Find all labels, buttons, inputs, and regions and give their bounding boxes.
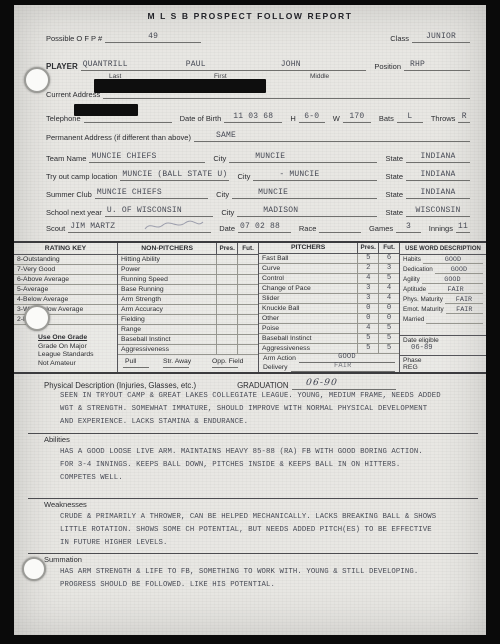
- state-value: WISCONSIN: [415, 206, 460, 215]
- city-value: MUNCIE: [258, 188, 288, 197]
- permanent-address-row: Permanent Address (if different than abo…: [46, 129, 470, 142]
- page-title: M L S B PROSPECT FOLLOW REPORT: [14, 11, 486, 21]
- trait-label: Married: [403, 316, 424, 324]
- ofp-field: 49: [105, 31, 201, 43]
- trait-label: Emot. Maturity: [403, 306, 444, 314]
- physical-description-label: Physical Description (Injuries, Glasses,…: [44, 381, 196, 390]
- fut-header: Fut.: [237, 243, 258, 254]
- fut-cell: 3: [378, 264, 399, 273]
- phase-label: Phase: [403, 357, 483, 364]
- text-line: FOR 3-4 INNINGS. KEEPS BALL DOWN, PITCHE…: [60, 459, 423, 472]
- pitch-label: Poise: [259, 324, 357, 333]
- state-label: State: [385, 190, 403, 199]
- summation-section: Summation: [28, 553, 478, 564]
- weight-field: 170: [343, 111, 371, 123]
- delivery-row: Delivery FAIR: [259, 363, 399, 372]
- affiliation-label: Team Name: [46, 154, 86, 163]
- height-field: 6-0: [299, 111, 325, 123]
- trait-label: Agility: [403, 276, 420, 284]
- class-value: JUNIOR: [426, 32, 456, 41]
- date-field: 07 02 88: [238, 221, 291, 233]
- text-line: CRUDE & PRIMARILY A THROWER, CAN BE HELP…: [60, 511, 436, 524]
- non-pitcher-row: Range: [118, 325, 258, 335]
- pitcher-row: Aggressiveness 5 5: [259, 344, 399, 354]
- pres-header: Pres.: [216, 243, 237, 254]
- pitch-label: Aggressiveness: [259, 344, 357, 353]
- rating-key-header: RATING KEY: [14, 243, 117, 255]
- city-value: - MUNCIE: [279, 170, 319, 179]
- arm-action-value: GOOD: [338, 353, 356, 361]
- summation-text: HAS ARM STRENGTH & LIFE TO FB, SOMETHING…: [60, 566, 418, 592]
- hole-punch-icon: [24, 67, 50, 93]
- note-line: Use One Grade: [38, 334, 117, 343]
- trait-value: GOOD: [423, 256, 483, 264]
- use-word-rows: Habits GOOD Dedication GOOD Agility GOOD: [400, 255, 486, 325]
- delivery-field: FAIR: [291, 363, 395, 372]
- permanent-address-label: Permanent Address (if different than abo…: [46, 133, 191, 142]
- skill-label: Base Running: [118, 285, 216, 294]
- fut-cell: 5: [378, 274, 399, 283]
- summation-label: Summation: [28, 554, 478, 564]
- pres-cell: [216, 315, 237, 324]
- weight-value: 170: [349, 112, 364, 121]
- pres-cell: 4: [357, 324, 378, 333]
- class-field: JUNIOR: [412, 31, 470, 43]
- date-label: Date: [219, 224, 235, 233]
- pres-cell: 5: [357, 254, 378, 263]
- rating-key-row: 8-Outstanding: [14, 255, 117, 265]
- permanent-address-value: SAME: [216, 131, 236, 140]
- pres-cell: 0: [357, 314, 378, 323]
- pitchers-header-row: PITCHERS Pres. Fut.: [259, 243, 399, 254]
- non-pitcher-row: Power: [118, 265, 258, 275]
- position-field: RHP: [404, 59, 470, 71]
- text-line: HAS ARM STRENGTH & LIFE TO FB, SOMETHING…: [60, 566, 418, 579]
- pres-cell: 3: [357, 284, 378, 293]
- trait-label: Dedication: [403, 266, 433, 274]
- fut-cell: [237, 275, 258, 284]
- innings-label: Innings: [429, 224, 453, 233]
- pitchers-column: PITCHERS Pres. Fut. Fast Ball 5 6 Curve …: [258, 243, 399, 372]
- pitcher-row: Change of Pace 3 4: [259, 284, 399, 294]
- use-word-gap: [400, 325, 486, 335]
- date-value: 07 02 88: [240, 222, 280, 231]
- pitch-label: Change of Pace: [259, 284, 357, 293]
- state-label: State: [385, 172, 403, 181]
- pitcher-row: Baseball Instinct 5 5: [259, 334, 399, 344]
- state-field: INDIANA: [406, 169, 470, 181]
- pitcher-row: Fast Ball 5 6: [259, 254, 399, 264]
- pres-cell: [216, 265, 237, 274]
- fut-cell: [237, 305, 258, 314]
- dob-label: Date of Birth: [180, 114, 222, 123]
- non-pitcher-rows: Hitting Ability Power Running Speed: [118, 255, 258, 355]
- player-first: PAUL: [186, 60, 281, 69]
- state-value: INDIANA: [420, 188, 455, 197]
- city-field: MUNCIE: [232, 187, 377, 199]
- fut-cell: [237, 285, 258, 294]
- weaknesses-section: Weaknesses: [28, 498, 478, 509]
- use-word-row: Aptitude FAIR: [400, 285, 486, 295]
- scout-field: JIM MARTZ: [68, 221, 211, 233]
- player-label: PLAYER: [46, 62, 78, 71]
- ofp-value: 49: [148, 32, 158, 41]
- city-label: City: [216, 190, 229, 199]
- fut-cell: 0: [378, 314, 399, 323]
- text-line: AND EXPERIENCE. LACKS STAMINA & ENDURANC…: [60, 416, 441, 429]
- skill-label: Aggressiveness: [118, 345, 216, 354]
- physical-description-row: Physical Description (Injuries, Glasses,…: [44, 377, 470, 390]
- pres-cell: 0: [357, 304, 378, 313]
- fut-cell: [237, 295, 258, 304]
- skill-label: Power: [118, 265, 216, 274]
- innings-value: 11: [458, 222, 468, 231]
- affiliation-value: U. OF WISCONSIN: [107, 206, 182, 215]
- state-field: WISCONSIN: [406, 205, 470, 217]
- pitch-label: Fast Ball: [259, 254, 357, 263]
- city-value: MADISON: [263, 206, 298, 215]
- state-value: INDIANA: [420, 152, 455, 161]
- use-word-column: USE WORD DESCRIPTION Habits GOOD Dedicat…: [399, 243, 486, 372]
- hole-punch-icon: [22, 557, 46, 581]
- affiliation-value-field: U. OF WISCONSIN: [105, 205, 213, 217]
- trait-value: FAIR: [445, 296, 483, 304]
- use-word-row: Habits GOOD: [400, 255, 486, 265]
- straight-away-label: Str. Away: [163, 358, 191, 365]
- city-label: City: [237, 172, 250, 181]
- race-field: [319, 221, 361, 233]
- redaction-bar-address: [94, 79, 266, 93]
- state-field: INDIANA: [406, 151, 470, 163]
- affiliation-value: MUNCIE CHIEFS: [97, 188, 162, 197]
- caption-middle: Middle: [310, 73, 329, 80]
- rating-key-row: 4-Below Average: [14, 295, 117, 305]
- throws-value: R: [462, 112, 467, 121]
- skill-label: Running Speed: [118, 275, 216, 284]
- ofp-class-row: Possible O F P # 49 Class JUNIOR: [46, 30, 470, 43]
- spray-block: Pull Str. Away Opp. Field: [118, 355, 258, 372]
- pres-cell: 2: [357, 264, 378, 273]
- pres-cell: 3: [357, 294, 378, 303]
- pull-label: Pull: [125, 358, 136, 365]
- delivery-label: Delivery: [263, 363, 288, 372]
- affiliation-value-field: MUNCIE CHIEFS: [95, 187, 208, 199]
- city-label: City: [213, 154, 226, 163]
- non-pitcher-row: Fielding: [118, 315, 258, 325]
- fut-cell: 0: [378, 304, 399, 313]
- dob-field: 11 03 68: [224, 111, 282, 123]
- games-field: 3: [396, 221, 421, 233]
- class-label: Class: [390, 34, 409, 43]
- trait-value: FAIR: [428, 286, 483, 294]
- non-pitcher-row: Base Running: [118, 285, 258, 295]
- pres-cell: [216, 295, 237, 304]
- trait-label: Aptitude: [403, 286, 426, 294]
- scout-label: Scout: [46, 224, 65, 233]
- use-word-header: USE WORD DESCRIPTION: [400, 243, 486, 255]
- fut-cell: [237, 325, 258, 334]
- use-word-row: Dedication GOOD: [400, 265, 486, 275]
- scout-row: Scout JIM MARTZ Date 07 02 88 Race Games…: [46, 220, 470, 233]
- fut-cell: 5: [378, 324, 399, 333]
- graduation-field: 06-90: [292, 378, 396, 390]
- abilities-label: Abilities: [28, 434, 478, 444]
- rating-key-row: 6-Above Average: [14, 275, 117, 285]
- pres-cell: [216, 345, 237, 354]
- non-pitchers-column: NON-PITCHERS Pres. Fut. Hitting Ability …: [117, 243, 258, 372]
- use-word-row: Agility GOOD: [400, 275, 486, 285]
- pitcher-row: Curve 2 3: [259, 264, 399, 274]
- scout-value: JIM MARTZ: [70, 222, 115, 231]
- non-pitchers-header-row: NON-PITCHERS Pres. Fut.: [118, 243, 258, 255]
- fut-cell: [237, 345, 258, 354]
- rating-table: RATING KEY 8-Outstanding 7-Very Good 6-A…: [14, 241, 486, 374]
- skill-label: Arm Strength: [118, 295, 216, 304]
- pres-cell: [216, 255, 237, 264]
- skill-label: Fielding: [118, 315, 216, 324]
- affiliation-value-field: MUNCIE CHIEFS: [89, 151, 205, 163]
- non-pitcher-row: Baseball Instinct: [118, 335, 258, 345]
- pitcher-row: Other 0 0: [259, 314, 399, 324]
- fut-cell: 4: [378, 284, 399, 293]
- affiliation-row: Try out camp location MUNCIE (BALL STATE…: [46, 163, 470, 181]
- affiliation-value-field: MUNCIE (BALL STATE U): [120, 169, 229, 181]
- affiliation-label: School next year: [46, 208, 102, 217]
- pitch-label: Curve: [259, 264, 357, 273]
- date-eligible-block: Date eligible 06-89: [400, 335, 486, 355]
- player-name-field: QUANTRILL PAUL JOHN: [81, 59, 367, 71]
- text-line: IN FUTURE HIGHER LEVELS.: [60, 537, 436, 550]
- race-label: Race: [299, 224, 317, 233]
- pitcher-row: Poise 4 5: [259, 324, 399, 334]
- pitcher-rows: Fast Ball 5 6 Curve 2 3 Control 4 5: [259, 254, 399, 354]
- use-word-row: Married: [400, 315, 486, 325]
- text-line: PROGRESS SHOULD BE FOLLOWED. LIKE HIS PO…: [60, 579, 418, 592]
- fut-cell: 4: [378, 294, 399, 303]
- skill-label: Range: [118, 325, 216, 334]
- pitch-label: Slider: [259, 294, 357, 303]
- fut-header: Fut.: [378, 243, 399, 253]
- state-label: State: [385, 208, 403, 217]
- date-eligible-label: Date eligible: [403, 337, 483, 344]
- throws-label: Throws: [431, 114, 456, 123]
- fut-cell: 5: [378, 344, 399, 353]
- player-last: QUANTRILL: [83, 60, 186, 69]
- fut-cell: [237, 265, 258, 274]
- bats-field: L: [397, 111, 423, 123]
- redaction-bar-telephone: [74, 104, 138, 116]
- city-field: MADISON: [237, 205, 377, 217]
- pres-cell: 5: [357, 344, 378, 353]
- pitchers-header: PITCHERS: [259, 243, 357, 253]
- city-field: - MUNCIE: [253, 169, 377, 181]
- city-label: City: [221, 208, 234, 217]
- affiliation-rows: Team Name MUNCIE CHIEFS City MUNCIE Stat…: [46, 145, 470, 217]
- non-pitcher-row: Running Speed: [118, 275, 258, 285]
- text-line: LITTLE ROTATION. SHOWS SOME CH POTENTIAL…: [60, 524, 436, 537]
- position-label: Position: [374, 62, 401, 71]
- player-middle: JOHN: [281, 60, 301, 69]
- note-line: Grade On Major: [38, 343, 117, 352]
- note-line: League Standards: [38, 351, 117, 360]
- weaknesses-text: CRUDE & PRIMARILY A THROWER, CAN BE HELP…: [60, 511, 436, 550]
- innings-field: 11: [456, 221, 470, 233]
- trait-value: GOOD: [422, 276, 483, 284]
- permanent-address-field: SAME: [194, 130, 470, 142]
- rating-key-row: 7-Very Good: [14, 265, 117, 275]
- fut-cell: [237, 255, 258, 264]
- non-pitcher-row: Arm Accuracy: [118, 305, 258, 315]
- affiliation-label: Summer Club: [46, 190, 92, 199]
- city-field: MUNCIE: [229, 151, 377, 163]
- position-value: RHP: [410, 60, 425, 69]
- arm-action-label: Arm Action: [263, 354, 296, 363]
- state-label: State: [385, 154, 403, 163]
- skill-label: Arm Accuracy: [118, 305, 216, 314]
- graduation-label: GRADUATION: [237, 381, 288, 390]
- pres-cell: [216, 305, 237, 314]
- affiliation-value: MUNCIE CHIEFS: [91, 152, 156, 161]
- height-label: H: [290, 114, 295, 123]
- skill-label: Hitting Ability: [118, 255, 216, 264]
- abilities-section: Abilities: [28, 433, 478, 444]
- affiliation-value: MUNCIE (BALL STATE U): [122, 170, 227, 179]
- text-line: SEEN IN TRYOUT CAMP & GREAT LAKES COLLEG…: [60, 390, 441, 403]
- phase-value: REG: [403, 364, 483, 371]
- weaknesses-label: Weaknesses: [28, 499, 478, 509]
- pres-cell: 5: [357, 334, 378, 343]
- pitch-label: Control: [259, 274, 357, 283]
- fut-cell: 5: [378, 334, 399, 343]
- pitcher-row: Slider 3 4: [259, 294, 399, 304]
- pitcher-row: Control 4 5: [259, 274, 399, 284]
- pitch-label: Baseball Instinct: [259, 334, 357, 343]
- throws-field: R: [458, 111, 470, 123]
- text-line: HAS A GOOD LOOSE LIVE ARM. MAINTAINS HEA…: [60, 446, 423, 459]
- bats-value: L: [407, 112, 412, 121]
- scanned-report-page: M L S B PROSPECT FOLLOW REPORT Possible …: [14, 5, 486, 635]
- affiliation-row: Team Name MUNCIE CHIEFS City MUNCIE Stat…: [46, 145, 470, 163]
- trait-label: Habits: [403, 256, 421, 264]
- skill-label: Baseball Instinct: [118, 335, 216, 344]
- state-field: INDIANA: [406, 187, 470, 199]
- dob-value: 11 03 68: [233, 112, 273, 121]
- trait-value: FAIR: [446, 306, 483, 314]
- trait-label: Phys. Maturity: [403, 296, 443, 304]
- pres-cell: [216, 285, 237, 294]
- player-row: PLAYER QUANTRILL PAUL JOHN Position RHP: [46, 58, 470, 71]
- pres-cell: [216, 325, 237, 334]
- graduation-value: 06-90: [305, 378, 338, 388]
- use-word-row: Emot. Maturity FAIR: [400, 305, 486, 315]
- rating-key-note: Use One Grade Grade On Major League Stan…: [14, 325, 117, 368]
- fut-cell: [237, 335, 258, 344]
- pitch-label: Knuckle Ball: [259, 304, 357, 313]
- pres-cell: [216, 335, 237, 344]
- non-pitchers-header: NON-PITCHERS: [118, 243, 216, 254]
- bats-label: Bats: [379, 114, 394, 123]
- games-value: 3: [406, 222, 411, 231]
- city-value: MUNCIE: [255, 152, 285, 161]
- pres-cell: [216, 275, 237, 284]
- current-address-label: Current Address: [46, 90, 100, 99]
- state-value: INDIANA: [420, 170, 455, 179]
- arm-action-row: Arm Action GOOD: [259, 354, 399, 363]
- opp-field-line: [212, 367, 238, 368]
- ofp-label: Possible O F P #: [46, 34, 102, 43]
- fut-cell: 6: [378, 254, 399, 263]
- phase-block: Phase REG: [400, 355, 486, 372]
- pres-header: Pres.: [357, 243, 378, 253]
- weight-label: W: [333, 114, 340, 123]
- use-word-row: Phys. Maturity FAIR: [400, 295, 486, 305]
- pitcher-row: Knuckle Ball 0 0: [259, 304, 399, 314]
- opp-field-label: Opp. Field: [212, 358, 243, 365]
- games-label: Games: [369, 224, 393, 233]
- pull-line: [123, 367, 149, 368]
- trait-value: GOOD: [435, 266, 483, 274]
- affiliation-label: Try out camp location: [46, 172, 117, 181]
- note-line: Not Amateur: [38, 360, 117, 369]
- pitch-label: Other: [259, 314, 357, 323]
- non-pitcher-row: Arm Strength: [118, 295, 258, 305]
- rating-key-row: 5-Average: [14, 285, 117, 295]
- pres-cell: 4: [357, 274, 378, 283]
- physical-description-text: SEEN IN TRYOUT CAMP & GREAT LAKES COLLEG…: [60, 390, 441, 429]
- text-line: WGT & STRENGTH. SOMEWHAT IMMATURE, SHOUL…: [60, 403, 441, 416]
- affiliation-row: Summer Club MUNCIE CHIEFS City MUNCIE St…: [46, 181, 470, 199]
- height-value: 6-0: [304, 112, 319, 121]
- straight-away-line: [163, 367, 189, 368]
- trait-value: [426, 316, 483, 324]
- date-eligible-value: 06-89: [403, 344, 483, 352]
- hole-punch-icon: [24, 305, 50, 331]
- scout-signature: [143, 220, 205, 232]
- delivery-value: FAIR: [334, 362, 352, 370]
- non-pitcher-row: Aggressiveness: [118, 345, 258, 355]
- text-line: COMPETES WELL.: [60, 472, 423, 485]
- abilities-text: HAS A GOOD LOOSE LIVE ARM. MAINTAINS HEA…: [60, 446, 423, 485]
- fut-cell: [237, 315, 258, 324]
- non-pitcher-row: Hitting Ability: [118, 255, 258, 265]
- affiliation-row: School next year U. OF WISCONSIN City MA…: [46, 199, 470, 217]
